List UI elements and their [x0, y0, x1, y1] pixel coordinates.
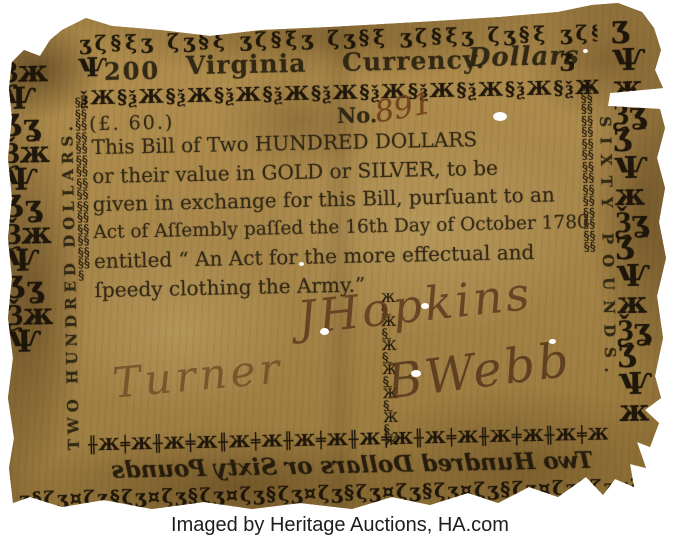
paper-hole: [421, 303, 429, 309]
banknote-paper: ʒζ§ξʒ ζʒ§ξ ʒζ§ξʒ ζʒ§ξ ʒζ§ξʒ ζʒ§ξ ʒζ§ξʒ ѯ…: [0, 0, 680, 543]
paper-hole: [493, 112, 507, 121]
caption: Imaged by Heritage Auctions, HA.com: [0, 514, 680, 537]
denomination-numeral: 200: [104, 56, 161, 86]
header-ornament-right-icon: ʒ: [560, 43, 574, 72]
floral-border-left-icon: ѮжѰƷʓѮжѰƷʓѮжѰƷʓѮжѰ: [2, 58, 64, 515]
header-ornament-icon: Ѱ: [78, 53, 107, 84]
paper-hole: [583, 49, 588, 53]
paper-hole: [299, 262, 304, 266]
paper-hole: [320, 328, 329, 335]
note-title: Virginia Currency.: [186, 45, 486, 80]
paper-hole: [411, 370, 421, 377]
caption-text: Imaged by Heritage Auctions, HA.com: [171, 514, 509, 536]
signature-turner: Turner: [111, 343, 286, 407]
paper-hole: [549, 339, 556, 344]
auction-photo: ʒζ§ξʒ ζʒ§ξ ʒζ§ξʒ ζʒ§ξ ʒζ§ξʒ ζʒ§ξ ʒζ§ξʒ ѯ…: [0, 0, 680, 543]
serial-number-label: No.: [337, 102, 378, 128]
printed-layer: ʒζ§ξʒ ζʒ§ξ ʒζ§ξʒ ζʒ§ξ ʒζ§ξʒ ζʒ§ξ ʒζ§ξʒ ѯ…: [0, 0, 680, 543]
